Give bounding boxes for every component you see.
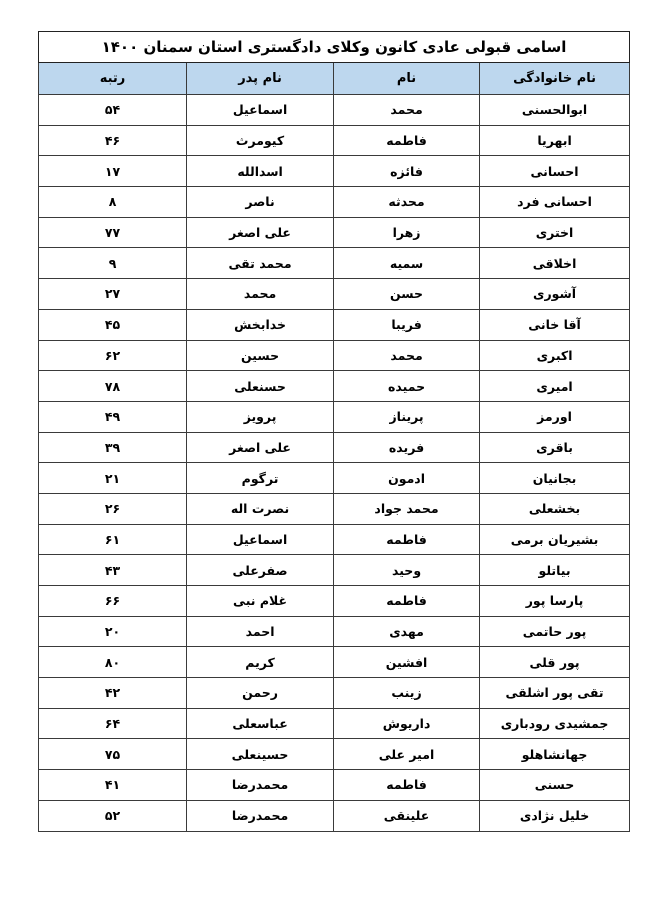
cell-family-name: احسانی فرد [480, 187, 630, 218]
cell-family-name: پور قلی [480, 647, 630, 678]
table-row: جهانشاهلوامیر علیحسینعلی۷۵ [39, 739, 630, 770]
header-row: نام خانوادگی نام نام پدر رتبه [39, 63, 630, 95]
cell-father-name: رحمن [187, 678, 334, 709]
table-row: امیریحمیدهحسنعلی۷۸ [39, 371, 630, 402]
cell-rank: ۴۶ [39, 125, 187, 156]
cell-family-name: ابوالحسنی [480, 95, 630, 126]
cell-father-name: احمد [187, 616, 334, 647]
cell-father-name: محمد تقی [187, 248, 334, 279]
table-row: حسنیفاطمهمحمدرضا۴۱ [39, 770, 630, 801]
table-row: پور حاتمیمهدیاحمد۲۰ [39, 616, 630, 647]
cell-family-name: حسنی [480, 770, 630, 801]
cell-rank: ۷۵ [39, 739, 187, 770]
cell-father-name: کیومرث [187, 125, 334, 156]
cell-father-name: پرویز [187, 401, 334, 432]
table-row: باقریفریدهعلی اصغر۳۹ [39, 432, 630, 463]
cell-father-name: ترگوم [187, 463, 334, 494]
table-row: اخلاقیسمیهمحمد تقی۹ [39, 248, 630, 279]
cell-father-name: علی اصغر [187, 217, 334, 248]
cell-first-name: علینقی [334, 800, 480, 831]
cell-father-name: اسدالله [187, 156, 334, 187]
cell-first-name: سمیه [334, 248, 480, 279]
cell-father-name: محمدرضا [187, 770, 334, 801]
cell-family-name: اخلاقی [480, 248, 630, 279]
cell-family-name: بجانیان [480, 463, 630, 494]
cell-father-name: حسینعلی [187, 739, 334, 770]
cell-rank: ۷۸ [39, 371, 187, 402]
cell-rank: ۷۷ [39, 217, 187, 248]
cell-rank: ۴۳ [39, 555, 187, 586]
cell-father-name: غلام نبی [187, 586, 334, 617]
table-body: ابوالحسنیمحمداسماعیل۵۴ ابهریافاطمهکیومرث… [39, 95, 630, 832]
cell-father-name: حسنعلی [187, 371, 334, 402]
cell-father-name: عباسعلی [187, 708, 334, 739]
table-row: پور قلیافشینکریم۸۰ [39, 647, 630, 678]
cell-family-name: پارسا پور [480, 586, 630, 617]
cell-rank: ۵۴ [39, 95, 187, 126]
cell-first-name: افشین [334, 647, 480, 678]
cell-family-name: آقا خانی [480, 309, 630, 340]
results-table: اسامی قبولی عادی کانون وکلای دادگستری اس… [38, 31, 630, 832]
cell-first-name: زهرا [334, 217, 480, 248]
cell-rank: ۴۱ [39, 770, 187, 801]
cell-father-name: اسماعیل [187, 524, 334, 555]
table-row: بشیریان برمیفاطمهاسماعیل۶۱ [39, 524, 630, 555]
cell-first-name: امیر علی [334, 739, 480, 770]
table-row: ابهریافاطمهکیومرث۴۶ [39, 125, 630, 156]
table-row: جمشیدی رودباریداریوشعباسعلی۶۴ [39, 708, 630, 739]
cell-family-name: اکبری [480, 340, 630, 371]
cell-family-name: آشوری [480, 279, 630, 310]
table-row: اکبریمحمدحسین۶۲ [39, 340, 630, 371]
cell-father-name: حسین [187, 340, 334, 371]
cell-father-name: محمدرضا [187, 800, 334, 831]
cell-rank: ۶۶ [39, 586, 187, 617]
document-title: اسامی قبولی عادی کانون وکلای دادگستری اس… [39, 32, 630, 63]
cell-first-name: حمیده [334, 371, 480, 402]
cell-rank: ۲۱ [39, 463, 187, 494]
table-row: بیاتلووحیدصفرعلی۴۳ [39, 555, 630, 586]
cell-family-name: امیری [480, 371, 630, 402]
cell-family-name: خلیل نژادی [480, 800, 630, 831]
table-row: آقا خانیفریباخدابخش۴۵ [39, 309, 630, 340]
cell-first-name: زینب [334, 678, 480, 709]
cell-rank: ۲۶ [39, 493, 187, 524]
cell-first-name: فریده [334, 432, 480, 463]
table-row: خلیل نژادیعلینقیمحمدرضا۵۲ [39, 800, 630, 831]
cell-father-name: محمد [187, 279, 334, 310]
cell-father-name: صفرعلی [187, 555, 334, 586]
cell-rank: ۱۷ [39, 156, 187, 187]
table-row: اورمزپرینازپرویز۴۹ [39, 401, 630, 432]
cell-first-name: فاطمه [334, 770, 480, 801]
cell-family-name: باقری [480, 432, 630, 463]
table-row: احسانیفائزهاسدالله۱۷ [39, 156, 630, 187]
cell-first-name: محمد جواد [334, 493, 480, 524]
cell-rank: ۴۵ [39, 309, 187, 340]
cell-rank: ۸۰ [39, 647, 187, 678]
cell-family-name: احسانی [480, 156, 630, 187]
cell-first-name: محمد [334, 340, 480, 371]
cell-rank: ۴۲ [39, 678, 187, 709]
cell-father-name: اسماعیل [187, 95, 334, 126]
cell-rank: ۶۱ [39, 524, 187, 555]
cell-father-name: نصرت اله [187, 493, 334, 524]
cell-rank: ۲۰ [39, 616, 187, 647]
cell-first-name: فاطمه [334, 125, 480, 156]
cell-rank: ۸ [39, 187, 187, 218]
table-row: اختریزهراعلی اصغر۷۷ [39, 217, 630, 248]
table-row: بجانیانادمونترگوم۲۱ [39, 463, 630, 494]
title-row: اسامی قبولی عادی کانون وکلای دادگستری اس… [39, 32, 630, 63]
cell-rank: ۹ [39, 248, 187, 279]
cell-first-name: پریناز [334, 401, 480, 432]
cell-family-name: اورمز [480, 401, 630, 432]
column-header-rank: رتبه [39, 63, 187, 95]
cell-father-name: ناصر [187, 187, 334, 218]
cell-rank: ۲۷ [39, 279, 187, 310]
cell-first-name: محدثه [334, 187, 480, 218]
cell-first-name: مهدی [334, 616, 480, 647]
table-row: بخشعلیمحمد جوادنصرت اله۲۶ [39, 493, 630, 524]
cell-first-name: وحید [334, 555, 480, 586]
cell-first-name: فریبا [334, 309, 480, 340]
column-header-first-name: نام [334, 63, 480, 95]
column-header-family-name: نام خانوادگی [480, 63, 630, 95]
column-header-father-name: نام پدر [187, 63, 334, 95]
cell-first-name: ادمون [334, 463, 480, 494]
table-row: تقی پور اشلقیزینبرحمن۴۲ [39, 678, 630, 709]
table-row: پارسا پورفاطمهغلام نبی۶۶ [39, 586, 630, 617]
cell-family-name: تقی پور اشلقی [480, 678, 630, 709]
cell-first-name: محمد [334, 95, 480, 126]
cell-family-name: بخشعلی [480, 493, 630, 524]
cell-family-name: بشیریان برمی [480, 524, 630, 555]
cell-father-name: علی اصغر [187, 432, 334, 463]
cell-family-name: بیاتلو [480, 555, 630, 586]
cell-family-name: اختری [480, 217, 630, 248]
cell-first-name: فاطمه [334, 586, 480, 617]
cell-family-name: جمشیدی رودباری [480, 708, 630, 739]
table-row: ابوالحسنیمحمداسماعیل۵۴ [39, 95, 630, 126]
cell-family-name: ابهریا [480, 125, 630, 156]
cell-rank: ۶۲ [39, 340, 187, 371]
cell-first-name: فاطمه [334, 524, 480, 555]
cell-rank: ۴۹ [39, 401, 187, 432]
table-row: احسانی فردمحدثهناصر۸ [39, 187, 630, 218]
cell-first-name: داریوش [334, 708, 480, 739]
results-sheet: اسامی قبولی عادی کانون وکلای دادگستری اس… [38, 31, 629, 832]
table-row: آشوریحسنمحمد۲۷ [39, 279, 630, 310]
cell-family-name: پور حاتمی [480, 616, 630, 647]
cell-first-name: فائزه [334, 156, 480, 187]
cell-father-name: خدابخش [187, 309, 334, 340]
cell-rank: ۶۴ [39, 708, 187, 739]
cell-rank: ۳۹ [39, 432, 187, 463]
cell-rank: ۵۲ [39, 800, 187, 831]
cell-first-name: حسن [334, 279, 480, 310]
cell-father-name: کریم [187, 647, 334, 678]
cell-family-name: جهانشاهلو [480, 739, 630, 770]
